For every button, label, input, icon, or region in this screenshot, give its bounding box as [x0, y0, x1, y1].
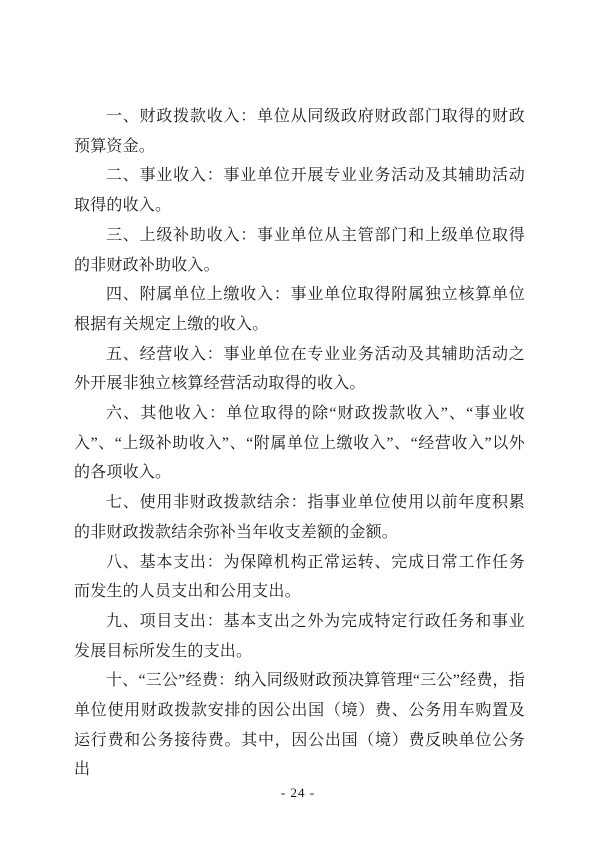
paragraph-basic-expenditure: 八、基本支出：为保障机构正常运转、完成日常工作任务而发生的人员支出和公用支出。 [74, 548, 525, 607]
paragraph-affiliated-unit-remittance-income: 四、附属单位上缴收入：事业单位取得附属独立核算单位根据有关规定上缴的收入。 [74, 280, 525, 339]
paragraph-fiscal-appropriation-income: 一、财政拨款收入：单位从同级政府财政部门取得的财政预算资金。 [74, 102, 525, 161]
paragraph-superior-subsidy-income: 三、上级补助收入：事业单位从主管部门和上级单位取得的非财政补助收入。 [74, 221, 525, 280]
paragraph-three-public-funds: 十、“三公”经费：纳入同级财政预决算管理“三公”经费，指单位使用财政拨款安排的因… [74, 666, 525, 785]
paragraph-business-income: 五、经营收入：事业单位在专业业务活动及其辅助活动之外开展非独立核算经营活动取得的… [74, 340, 525, 399]
paragraph-other-income: 六、其他收入：单位取得的除“财政拨款收入”、“事业收入”、“上级补助收入”、“附… [74, 399, 525, 488]
paragraph-use-of-non-fiscal-balance: 七、使用非财政拨款结余：指事业单位使用以前年度积累的非财政拨款结余弥补当年收支差… [74, 488, 525, 547]
paragraph-operational-income: 二、事业收入：事业单位开展专业业务活动及其辅助活动取得的收入。 [74, 161, 525, 220]
page-number: - 24 - [0, 785, 596, 801]
paragraph-project-expenditure: 九、项目支出：基本支出之外为完成特定行政任务和事业发展目标所发生的支出。 [74, 607, 525, 666]
document-body: 一、财政拨款收入：单位从同级政府财政部门取得的财政预算资金。 二、事业收入：事业… [74, 102, 525, 785]
document-page: 一、财政拨款收入：单位从同级政府财政部门取得的财政预算资金。 二、事业收入：事业… [0, 0, 596, 844]
